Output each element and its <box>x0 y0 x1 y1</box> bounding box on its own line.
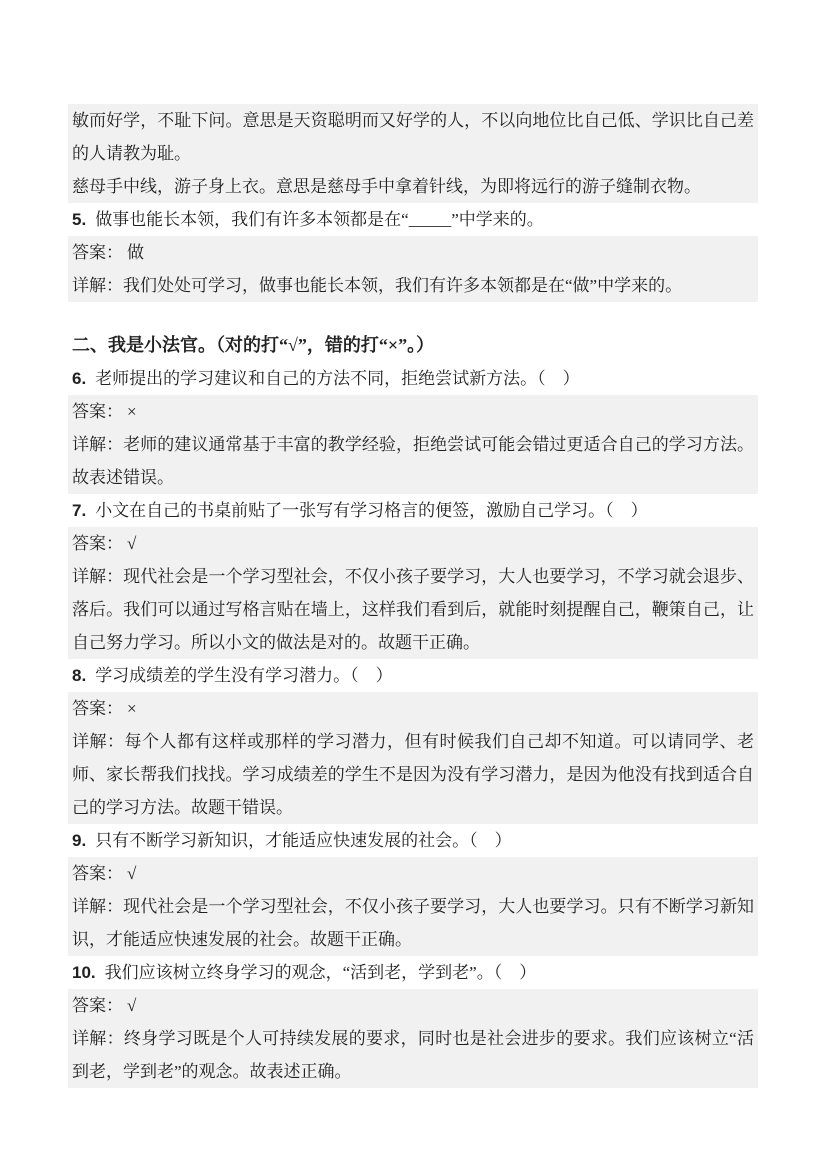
carryover-answer-block: 敏而好学，不耻下问。意思是天资聪明而又好学的人，不以向地位比自己低、学识比自己差… <box>68 104 758 203</box>
explanation-text: 终身学习既是个人可持续发展的要求，同时也是社会进步的要求。我们应该树立“活到老，… <box>72 1029 754 1081</box>
answer-block-6: 答案：× 详解：老师的建议通常基于丰富的教学经验，拒绝尝试可能会错过更适合自己的… <box>68 395 758 494</box>
explanation-text: 现代社会是一个学习型社会，不仅小孩子要学习，大人也要学习，不学习就会退步、落后。… <box>72 567 754 652</box>
answer-line: 答案：× <box>72 395 754 428</box>
question-line-10: 10.我们应该树立终身学习的观念，“活到老，学到老”。（ ） <box>72 956 754 989</box>
question-block-10: 10.我们应该树立终身学习的观念，“活到老，学到老”。（ ） 答案：√ 详解：终… <box>72 956 754 1088</box>
answer-line: 答案：√ <box>72 527 754 560</box>
explanation-line: 详解：终身学习既是个人可持续发展的要求，同时也是社会进步的要求。我们应该树立“活… <box>72 1022 754 1088</box>
answer-value: √ <box>127 996 136 1015</box>
answer-line: 答案：√ <box>72 857 754 890</box>
question-block-6: 6.老师提出的学习建议和自己的方法不同，拒绝尝试新方法。（ ） 答案：× 详解：… <box>72 362 754 494</box>
answer-block-10: 答案：√ 详解：终身学习既是个人可持续发展的要求，同时也是社会进步的要求。我们应… <box>68 989 758 1088</box>
question-text: 只有不断学习新知识，才能适应快速发展的社会。（ ） <box>95 831 512 850</box>
answer-label: 答案： <box>72 699 123 718</box>
document-page: 敏而好学，不耻下问。意思是天资聪明而又好学的人，不以向地位比自己低、学识比自己差… <box>0 0 826 1169</box>
question-number: 6. <box>72 369 86 388</box>
question-number: 10. <box>72 963 96 982</box>
explanation-line: 详解：我们处处可学习，做事也能长本领，我们有许多本领都是在“做”中学来的。 <box>72 269 754 302</box>
question-number: 8. <box>72 666 86 685</box>
explanation-line: 详解：每个人都有这样或那样的学习潜力，但有时候我们自己却不知道。可以请同学、老师… <box>72 725 754 824</box>
answer-line: 答案：× <box>72 692 754 725</box>
answer-block-7: 答案：√ 详解：现代社会是一个学习型社会，不仅小孩子要学习，大人也要学习，不学习… <box>68 527 758 659</box>
question-block-8: 8.学习成绩差的学生没有学习潜力。（ ） 答案：× 详解：每个人都有这样或那样的… <box>72 659 754 824</box>
question-number: 7. <box>72 501 86 520</box>
question-text: 做事也能长本领，我们有许多本领都是在“_____”中学来的。 <box>95 210 544 229</box>
explanation-label: 详解： <box>72 435 123 454</box>
answer-block-9: 答案：√ 详解：现代社会是一个学习型社会，不仅小孩子要学习，大人也要学习。只有不… <box>68 857 758 956</box>
explanation-text: 我们处处可学习，做事也能长本领，我们有许多本领都是在“做”中学来的。 <box>123 276 682 295</box>
question-text: 小文在自己的书桌前贴了一张写有学习格言的便签，激励自己学习。（ ） <box>95 501 648 520</box>
answer-label: 答案： <box>72 402 123 421</box>
question-line-9: 9.只有不断学习新知识，才能适应快速发展的社会。（ ） <box>72 824 754 857</box>
section-heading: 二、我是小法官。（对的打“√”，错的打“×”。） <box>72 329 754 362</box>
answer-value: × <box>127 699 137 718</box>
explanation-label: 详解： <box>72 567 123 586</box>
answer-label: 答案： <box>72 996 123 1015</box>
question-line-6: 6.老师提出的学习建议和自己的方法不同，拒绝尝试新方法。（ ） <box>72 362 754 395</box>
answer-value: 做 <box>127 243 144 262</box>
question-line-7: 7.小文在自己的书桌前贴了一张写有学习格言的便签，激励自己学习。（ ） <box>72 494 754 527</box>
answer-block-8: 答案：× 详解：每个人都有这样或那样的学习潜力，但有时候我们自己却不知道。可以请… <box>68 692 758 824</box>
explanation-line: 详解：现代社会是一个学习型社会，不仅小孩子要学习，大人也要学习。只有不断学习新知… <box>72 890 754 956</box>
answer-label: 答案： <box>72 864 123 883</box>
question-block-5: 5.做事也能长本领，我们有许多本领都是在“_____”中学来的。 答案：做 详解… <box>72 203 754 302</box>
explanation-label: 详解： <box>72 1029 124 1048</box>
explanation-line: 详解：老师的建议通常基于丰富的教学经验，拒绝尝试可能会错过更适合自己的学习方法。… <box>72 428 754 494</box>
question-block-9: 9.只有不断学习新知识，才能适应快速发展的社会。（ ） 答案：√ 详解：现代社会… <box>72 824 754 956</box>
explanation-label: 详解： <box>72 897 123 916</box>
explanation-label: 详解： <box>72 276 123 295</box>
answer-value: √ <box>127 864 136 883</box>
answer-block-5: 答案：做 详解：我们处处可学习，做事也能长本领，我们有许多本领都是在“做”中学来… <box>68 236 758 302</box>
question-text: 老师提出的学习建议和自己的方法不同，拒绝尝试新方法。（ ） <box>95 369 580 388</box>
question-text: 学习成绩差的学生没有学习潜力。（ ） <box>95 666 393 685</box>
question-number: 5. <box>72 210 86 229</box>
question-line-5: 5.做事也能长本领，我们有许多本领都是在“_____”中学来的。 <box>72 203 754 236</box>
question-block-7: 7.小文在自己的书桌前贴了一张写有学习格言的便签，激励自己学习。（ ） 答案：√… <box>72 494 754 659</box>
explanation-line: 详解：现代社会是一个学习型社会，不仅小孩子要学习，大人也要学习，不学习就会退步、… <box>72 560 754 659</box>
carryover-paragraph-1: 敏而好学，不耻下问。意思是天资聪明而又好学的人，不以向地位比自己低、学识比自己差… <box>72 104 754 170</box>
answer-label: 答案： <box>72 534 123 553</box>
question-number: 9. <box>72 831 86 850</box>
explanation-text: 现代社会是一个学习型社会，不仅小孩子要学习，大人也要学习。只有不断学习新知识，才… <box>72 897 754 949</box>
answer-value: × <box>127 402 137 421</box>
document-content: 敏而好学，不耻下问。意思是天资聪明而又好学的人，不以向地位比自己低、学识比自己差… <box>72 104 754 1088</box>
question-text: 我们应该树立终身学习的观念，“活到老，学到老”。（ ） <box>105 963 537 982</box>
answer-value: √ <box>127 534 136 553</box>
answer-line: 答案：做 <box>72 236 754 269</box>
answer-label: 答案： <box>72 243 123 262</box>
carryover-paragraph-2: 慈母手中线，游子身上衣。意思是慈母手中拿着针线，为即将远行的游子缝制衣物。 <box>72 170 754 203</box>
explanation-text: 每个人都有这样或那样的学习潜力，但有时候我们自己却不知道。可以请同学、老师、家长… <box>72 732 754 817</box>
explanation-label: 详解： <box>72 732 125 751</box>
answer-line: 答案：√ <box>72 989 754 1022</box>
question-line-8: 8.学习成绩差的学生没有学习潜力。（ ） <box>72 659 754 692</box>
explanation-text: 老师的建议通常基于丰富的教学经验，拒绝尝试可能会错过更适合自己的学习方法。故表述… <box>72 435 754 487</box>
